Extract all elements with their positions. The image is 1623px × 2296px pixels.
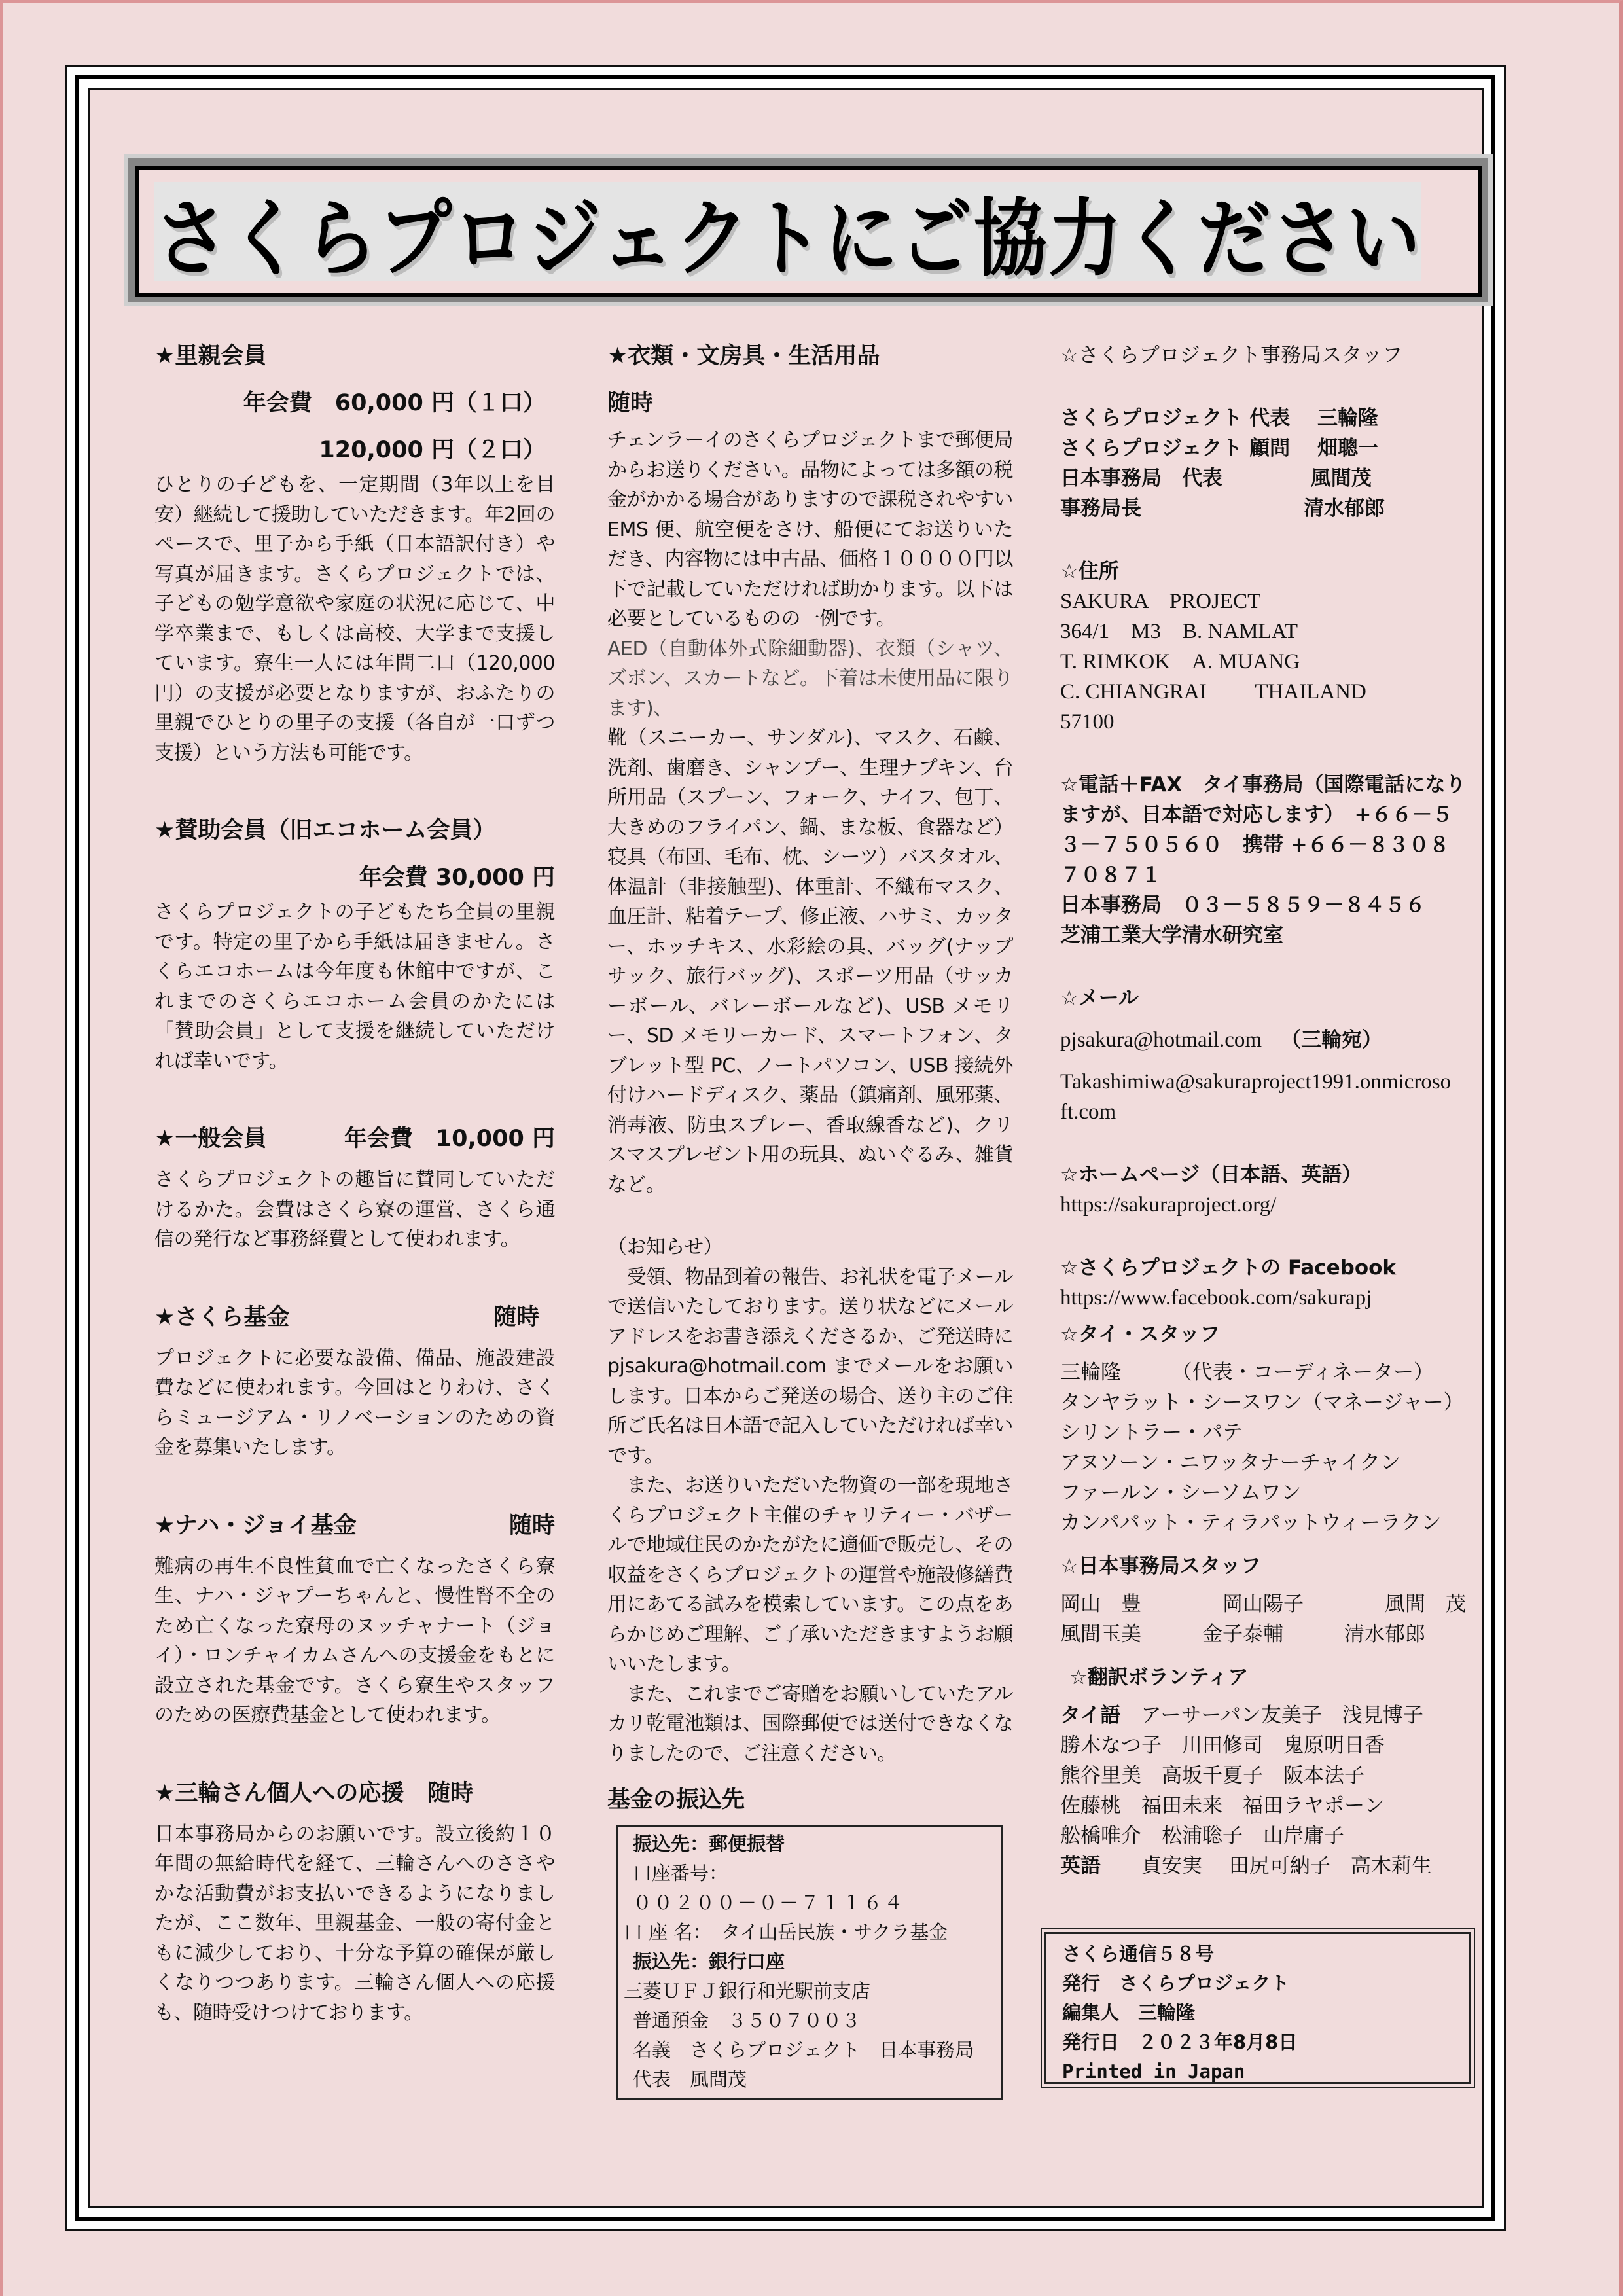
section-foster-parent: ★里親会員 年会費 60,000 円（１口） 120,000 円（２口） ひとり… — [154, 340, 555, 768]
phone-numbers-cont: ７０８７１ — [1060, 860, 1486, 890]
account-holder: 名義 さくらプロジェクト 日本事務局 — [618, 2036, 1001, 2065]
right-column: ☆さくらプロジェクト事務局スタッフ さくらプロジェクト 代表 三輪隆 さくらプロ… — [1060, 340, 1486, 1881]
section-heading: ☆さくらプロジェクトの Facebook — [1060, 1253, 1486, 1283]
postal-account-number: ００２００－０－７１１６４ — [618, 1888, 1001, 1918]
phone-heading: ☆電話＋FAX タイ事務局（国際電話になりますが、日本語で対応します） +６６－… — [1060, 770, 1486, 830]
section-heading: ☆さくらプロジェクト事務局スタッフ — [1060, 340, 1486, 370]
fee-two-units: 120,000 円（２口） — [154, 435, 555, 466]
account-name: 口 座 名： タイ山岳民族・サクラ基金 — [618, 1918, 1001, 1947]
timing: 随時 — [427, 1778, 473, 1809]
colophon-inner: さくら通信５８号 発行 さくらプロジェクト 編集人 三輪隆 発行日 ２０２３年8… — [1044, 1932, 1471, 2084]
facebook-link[interactable]: https://www.facebook.com/sakurapj — [1060, 1283, 1486, 1313]
bank-account-number: 普通預金 ３５０７００３ — [618, 2006, 1001, 2036]
email-note: （三輪宛） — [1281, 1028, 1382, 1052]
translator-row: 佐藤桃 福田未来 福田ラヤポーン — [1060, 1791, 1486, 1821]
section-office-staff: ☆さくらプロジェクト事務局スタッフ さくらプロジェクト 代表 三輪隆 さくらプロ… — [1060, 340, 1486, 524]
staff-row: 三輪隆 （代表・コーディネーター） — [1060, 1357, 1486, 1388]
address-line: SAKURA PROJECT — [1060, 586, 1486, 617]
japan-office-phone: 日本事務局 ０３－５８５９－８４５６ — [1060, 890, 1486, 920]
section-body: さくらプロジェクトの趣旨に賛同していただけるかた。会費はさくら寮の運営、さくら通… — [154, 1165, 555, 1255]
goods-list-part1: AED（自動体外式除細動器)、衣類（シャツ、ズボン、スカートなど。下着は未使用品… — [607, 634, 1013, 724]
fee: 年会費 10,000 円 — [344, 1123, 555, 1155]
notice-paragraph: 受領、物品到着の報告、お礼状を電子メールで送信いたしております。送り状などにメー… — [607, 1263, 1013, 1471]
translator-names: 貞安実 田尻可納子 高木莉生 — [1101, 1854, 1432, 1878]
section-heading: ☆住所 — [1060, 556, 1486, 586]
section-translators: ☆翻訳ボランティア タイ語 アーサーパン友美子 浅見博子 勝木なつ子 川田修司 … — [1060, 1662, 1486, 1881]
translator-names: アーサーパン友美子 浅見博子 — [1120, 1704, 1423, 1727]
address-line: C. CHIANGRAI THAILAND — [1060, 677, 1486, 707]
colophon-box: さくら通信５８号 発行 さくらプロジェクト 編集人 三輪隆 発行日 ２０２３年8… — [1041, 1928, 1475, 2088]
staff-row: 日本事務局 代表 風間茂 — [1060, 463, 1486, 493]
lab-name: 芝浦工業大学清水研究室 — [1060, 920, 1486, 950]
mail-row: pjsakura@hotmail.com （三輪宛） — [1060, 1025, 1486, 1055]
timing: 随時 — [509, 1510, 555, 1541]
account-number-label: 口座番号： — [618, 1859, 1001, 1888]
fee: 年会費 30,000 円 — [154, 862, 555, 893]
section-notice: （お知らせ） 受領、物品到着の報告、お礼状を電子メールで送信いたしております。送… — [607, 1232, 1013, 1768]
goods-intro: チェンラーイのさくらプロジェクトまで郵便局からお送りください。品物によっては多額… — [607, 425, 1013, 634]
goods-list-part2: 靴（スニーカー、サンダル)、マスク、石鹸、洗剤、歯磨き、シャンプー、生理ナプキン… — [607, 723, 1013, 1200]
section-thai-staff: ☆タイ・スタッフ 三輪隆 （代表・コーディネーター） タンヤラット・シースワン（… — [1060, 1319, 1486, 1538]
staff-row: 岡山 豊 岡山陽子 風間 茂 — [1060, 1589, 1486, 1619]
section-japan-staff: ☆日本事務局スタッフ 岡山 豊 岡山陽子 風間 茂 風間玉美 金子泰輔 清水郁郎 — [1060, 1551, 1486, 1649]
section-heading: ★さくら基金 随時 — [154, 1302, 555, 1333]
staff-row: さくらプロジェクト 顧問 畑聰一 — [1060, 433, 1486, 463]
staff-row: シリントラー・パテ — [1060, 1418, 1486, 1448]
address-line: 57100 — [1060, 707, 1486, 737]
homepage-link[interactable]: https://sakuraproject.org/ — [1060, 1190, 1486, 1220]
timing: 随時 — [493, 1302, 555, 1333]
section-phone: ☆電話＋FAX タイ事務局（国際電話になりますが、日本語で対応します） +６６－… — [1060, 770, 1486, 950]
section-heading: ★一般会員 年会費 10,000 円 — [154, 1123, 555, 1155]
bank-transfer-label: 振込先：銀行口座 — [618, 1947, 1001, 1977]
title-banner: さくらプロジェクトにご協力ください — [154, 182, 1421, 281]
language-label: 英語 — [1060, 1854, 1101, 1878]
timing: 随時 — [607, 387, 1013, 419]
section-body: 難病の再生不良性貧血で亡くなったさくら寮生、ナハ・ジャプーちゃんと、慢性腎不全の… — [154, 1552, 555, 1731]
section-heading: ☆日本事務局スタッフ — [1060, 1551, 1486, 1581]
section-heading: ★三輪さん個人への応援 随時 — [154, 1778, 555, 1809]
section-homepage: ☆ホームページ（日本語、英語） https://sakuraproject.or… — [1060, 1160, 1486, 1220]
transfer-info-box: 振込先：郵便振替 口座番号： ００２００－０－７１１６４ 口 座 名： タイ山岳… — [616, 1825, 1003, 2100]
section-miwa-support: ★三輪さん個人への応援 随時 日本事務局からのお願いです。設立後約１０年間の無給… — [154, 1778, 555, 2028]
section-facebook: ☆さくらプロジェクトの Facebook https://www.faceboo… — [1060, 1253, 1486, 1313]
staff-row: 風間玉美 金子泰輔 清水郁郎 — [1060, 1619, 1486, 1649]
publish-date: 発行日 ２０２３年8月8日 — [1062, 2028, 1469, 2057]
staff-row: タンヤラット・シースワン（マネージャー） — [1060, 1388, 1486, 1418]
section-general-member: ★一般会員 年会費 10,000 円 さくらプロジェクトの趣旨に賛同していただけ… — [154, 1123, 555, 1255]
section-heading: ☆メール — [1060, 983, 1486, 1013]
staff-row: アヌソーン・ニワッタナーチャイクン — [1060, 1448, 1486, 1478]
section-heading: ☆タイ・スタッフ — [1060, 1319, 1486, 1350]
printed-in: Printed in Japan — [1062, 2057, 1469, 2087]
heading-label: ★一般会員 — [154, 1123, 266, 1155]
bank-branch: 三菱ＵＦＪ銀行和光駅前支店 — [618, 1977, 1001, 2006]
section-body: プロジェクトに必要な設備、備品、施設建設費などに使われます。今回はとりわけ、さく… — [154, 1344, 555, 1463]
translator-row: 舩橋唯介 松浦聡子 山岸庸子 — [1060, 1821, 1486, 1851]
email-link[interactable]: pjsakura@hotmail.com — [1060, 1028, 1262, 1052]
section-address: ☆住所 SAKURA PROJECT 364/1 M3 B. NAMLAT T.… — [1060, 556, 1486, 737]
translator-row: タイ語 アーサーパン友美子 浅見博子 — [1060, 1700, 1486, 1731]
section-body: さくらプロジェクトの子どもたち全員の里親です。特定の里子から手紙は届きません。さ… — [154, 897, 555, 1076]
staff-row: カンパパット・ティラパットウィーラクン — [1060, 1508, 1486, 1538]
representative: 代表 風間茂 — [618, 2065, 1001, 2094]
address-line: 364/1 M3 B. NAMLAT — [1060, 617, 1486, 647]
editor: 編集人 三輪隆 — [1062, 1998, 1469, 2028]
section-heading: ★賛助会員（旧エコホーム会員） — [154, 815, 555, 846]
section-goods: ★衣類・文房具・生活用品 随時 チェンラーイのさくらプロジェクトまで郵便局からお… — [607, 340, 1013, 1200]
staff-row: さくらプロジェクト 代表 三輪隆 — [1060, 403, 1486, 433]
notice-paragraph: また、お送りいただいた物資の一部を現地さくらプロジェクト主催のチャリティー・バザ… — [607, 1471, 1013, 1679]
section-heading: ★衣類・文房具・生活用品 — [607, 340, 1013, 372]
transfer-heading: 基金の振込先 — [607, 1784, 1013, 1816]
address-line: T. RIMKOK A. MUANG — [1060, 647, 1486, 677]
section-transfer: 基金の振込先 振込先：郵便振替 口座番号： ００２００－０－７１１６４ 口 座 … — [607, 1784, 1013, 2100]
translator-row: 熊谷里美 高坂千夏子 阪本法子 — [1060, 1761, 1486, 1791]
phone-numbers: ３－７５０５６０ 携帯 +６６－８３０８ — [1060, 830, 1486, 860]
heading-label: ★ナハ・ジョイ基金 — [154, 1510, 357, 1541]
heading-label: ★三輪さん個人への応援 — [154, 1778, 404, 1809]
left-column: ★里親会員 年会費 60,000 円（１口） 120,000 円（２口） ひとり… — [154, 340, 555, 2028]
translator-row: 勝木なつ子 川田修司 鬼原明日香 — [1060, 1731, 1486, 1761]
translator-row: 英語 貞安実 田尻可納子 高木莉生 — [1060, 1851, 1486, 1881]
section-body: ひとりの子どもを、一定期間（3年以上を目安）継続して援助していただきます。年2回… — [154, 470, 555, 768]
email-link[interactable]: Takashimiwa@sakuraproject1991.onmicrosof… — [1060, 1067, 1453, 1127]
section-supporting-member: ★賛助会員（旧エコホーム会員） 年会費 30,000 円 さくらプロジェクトの子… — [154, 815, 555, 1076]
notice-paragraph: また、これまでご寄贈をお願いしていたアルカリ乾電池類は、国際郵便では送付できなく… — [607, 1679, 1013, 1769]
section-heading: ☆ホームページ（日本語、英語） — [1060, 1160, 1486, 1190]
section-body: 日本事務局からのお願いです。設立後約１０年間の無給時代を経て、三輪さんへのささや… — [154, 1820, 555, 2028]
section-sakura-fund: ★さくら基金 随時 プロジェクトに必要な設備、備品、施設建設費などに使われます。… — [154, 1302, 555, 1463]
middle-column: ★衣類・文房具・生活用品 随時 チェンラーイのさくらプロジェクトまで郵便局からお… — [607, 340, 1013, 2100]
section-heading: ☆翻訳ボランティア — [1060, 1662, 1486, 1693]
fee-one-unit: 年会費 60,000 円（１口） — [154, 387, 555, 419]
staff-row: ファールン・シーソムワン — [1060, 1478, 1486, 1508]
language-label: タイ語 — [1060, 1704, 1120, 1727]
heading-label: ★さくら基金 — [154, 1302, 289, 1333]
page-title: さくらプロジェクトにご協力ください — [154, 171, 1421, 292]
section-heading: ★里親会員 — [154, 340, 555, 372]
section-mail: ☆メール pjsakura@hotmail.com （三輪宛） Takashim… — [1060, 983, 1486, 1127]
postal-transfer-label: 振込先：郵便振替 — [618, 1829, 1001, 1859]
staff-row: 事務局長 清水郁郎 — [1060, 493, 1486, 524]
publisher: 発行 さくらプロジェクト — [1062, 1969, 1469, 1998]
section-naha-joy-fund: ★ナハ・ジョイ基金 随時 難病の再生不良性貧血で亡くなったさくら寮生、ナハ・ジャ… — [154, 1510, 555, 1731]
section-heading: ★ナハ・ジョイ基金 随時 — [154, 1510, 555, 1541]
issue-number: さくら通信５８号 — [1062, 1939, 1469, 1969]
notice-label: （お知らせ） — [607, 1232, 1013, 1263]
